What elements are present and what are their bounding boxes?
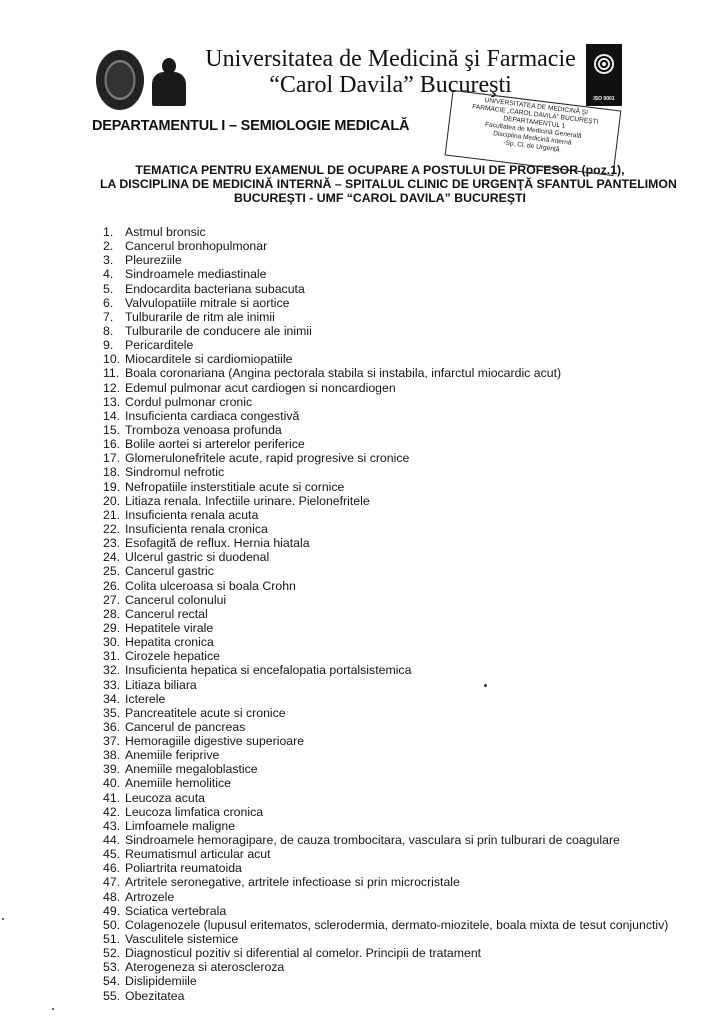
list-item-text: Sindroamele hemoragipare, de cauza tromb… [125, 833, 620, 847]
list-item-text: Cordul pulmonar cronic [125, 395, 252, 409]
list-item-text: Cirozele hepatice [125, 649, 220, 663]
title-line3: BUCUREŞTI - UMF “CAROL DAVILA” BUCUREŞTI [100, 191, 660, 205]
scan-speck [52, 1008, 54, 1010]
list-item-text: Bolile aortei si arterelor periferice [125, 437, 305, 451]
list-item-text: Aterogeneza si ateroscleroza [125, 960, 284, 974]
list-item-text: Artritele seronegative, artritele infect… [125, 875, 460, 889]
list-item: 35.Pancreatitele acute si cronice [103, 706, 668, 720]
list-item: 14.Insuficienta cardiaca congestivă [103, 409, 668, 423]
list-item-number: 22. [103, 522, 125, 536]
list-item: 31.Cirozele hepatice [103, 649, 668, 663]
list-item-text: Boala coronariana (Angina pectorala stab… [125, 366, 561, 380]
list-item-text: Sciatica vertebrala [125, 904, 226, 918]
carol-davila-portrait-logo [150, 58, 190, 106]
list-item-number: 31. [103, 649, 125, 663]
list-item-number: 52. [103, 946, 125, 960]
list-item-number: 21. [103, 508, 125, 522]
list-item-number: 48. [103, 890, 125, 904]
list-item: 1.Astmul bronsic [103, 225, 668, 239]
list-item: 6.Valvulopatiile mitrale si aortice [103, 296, 668, 310]
list-item: 39.Anemiile megaloblastice [103, 762, 668, 776]
list-item-number: 2. [103, 239, 125, 253]
title-line2: LA DISCIPLINA DE MEDICINĂ INTERNĂ – SPIT… [100, 177, 660, 191]
list-item: 23.Esofagită de reflux. Hernia hiatala [103, 536, 668, 550]
globe-icon [593, 54, 615, 74]
list-item: 46.Poliartrita reumatoida [103, 861, 668, 875]
list-item: 10.Miocarditele si cardiomiopatiile [103, 352, 668, 366]
list-item: 54.Dislipidemiile [103, 974, 668, 988]
list-item-number: 13. [103, 395, 125, 409]
list-item-text: Anemiile hemolitice [125, 776, 231, 790]
list-item-number: 23. [103, 536, 125, 550]
list-item-number: 50. [103, 918, 125, 932]
list-item-number: 25. [103, 564, 125, 578]
list-item-number: 11. [103, 366, 125, 380]
list-item-number: 5. [103, 282, 125, 296]
list-item-number: 47. [103, 875, 125, 889]
list-item: 37.Hemoragiile digestive superioare [103, 734, 668, 748]
list-item-text: Vasculitele sistemice [125, 932, 238, 946]
list-item: 55.Obezitatea [103, 989, 668, 1003]
list-item-text: Icterele [125, 692, 165, 706]
list-item: 13.Cordul pulmonar cronic [103, 395, 668, 409]
list-item: 26.Colita ulceroasa si boala Crohn [103, 579, 668, 593]
portrait-body [152, 72, 186, 106]
list-item-text: Tulburarile de conducere ale inimii [125, 324, 312, 338]
list-item-number: 39. [103, 762, 125, 776]
title-line1: TEMATICA PENTRU EXAMENUL DE OCUPARE A PO… [100, 163, 660, 177]
list-item: 33.Litiaza biliara [103, 678, 668, 692]
list-item-number: 53. [103, 960, 125, 974]
university-name-line1: Universitatea de Medicină şi Farmacie [198, 46, 583, 72]
list-item-number: 16. [103, 437, 125, 451]
list-item-number: 8. [103, 324, 125, 338]
list-item: 8.Tulburarile de conducere ale inimii [103, 324, 668, 338]
list-item-text: Poliartrita reumatoida [125, 861, 242, 875]
university-name-line2: “Carol Davila” Bucureşti [198, 72, 583, 98]
list-item-number: 51. [103, 932, 125, 946]
list-item: 36.Cancerul de pancreas [103, 720, 668, 734]
list-item: 38.Anemiile feriprive [103, 748, 668, 762]
list-item: 29.Hepatitele virale [103, 621, 668, 635]
list-item-text: Miocarditele si cardiomiopatiile [125, 352, 292, 366]
list-item-number: 9. [103, 338, 125, 352]
iso-label: ISO 9001 [588, 96, 620, 102]
list-item-number: 3. [103, 253, 125, 267]
list-item-number: 49. [103, 904, 125, 918]
list-item: 41.Leucoza acuta [103, 791, 668, 805]
list-item-text: Edemul pulmonar acut cardiogen si noncar… [125, 381, 396, 395]
list-item-text: Litiaza renala. Infectiile urinare. Piel… [125, 494, 370, 508]
list-item-number: 54. [103, 974, 125, 988]
list-item: 2.Cancerul bronhopulmonar [103, 239, 668, 253]
list-item-text: Pancreatitele acute si cronice [125, 706, 286, 720]
list-item: 44.Sindroamele hemoragipare, de cauza tr… [103, 833, 668, 847]
list-item: 4.Sindroamele mediastinale [103, 267, 668, 281]
list-item-text: Tulburarile de ritm ale inimii [125, 310, 275, 324]
list-item-text: Dislipidemiile [125, 974, 197, 988]
scan-speck [2, 918, 4, 920]
list-item: 16.Bolile aortei si arterelor periferice [103, 437, 668, 451]
list-item-text: Insuficienta renala acuta [125, 508, 258, 522]
list-item-number: 14. [103, 409, 125, 423]
list-item: 43.Limfoamele maligne [103, 819, 668, 833]
list-item: 34.Icterele [103, 692, 668, 706]
list-item-number: 35. [103, 706, 125, 720]
list-item: 52. Diagnosticul pozitiv si diferential … [103, 946, 668, 960]
list-item: 49.Sciatica vertebrala [103, 904, 668, 918]
list-item-number: 33. [103, 678, 125, 692]
list-item: 40.Anemiile hemolitice [103, 776, 668, 790]
list-item: 12.Edemul pulmonar acut cardiogen si non… [103, 381, 668, 395]
list-item-text: Hepatita cronica [125, 635, 214, 649]
list-item-text: Cancerul colonului [125, 593, 226, 607]
list-item-text: Diagnosticul pozitiv si diferential al c… [125, 946, 481, 960]
list-item-number: 15. [103, 423, 125, 437]
list-item-text: Pleureziile [125, 253, 182, 267]
list-item-text: Tromboza venoasa profunda [125, 423, 282, 437]
list-item-text: Sindroamele mediastinale [125, 267, 267, 281]
list-item-number: 4. [103, 267, 125, 281]
list-item-number: 34. [103, 692, 125, 706]
list-item-text: Anemiile megaloblastice [125, 762, 258, 776]
list-item-number: 37. [103, 734, 125, 748]
list-item-text: Insuficienta hepatica si encefalopatia p… [125, 663, 411, 677]
list-item-text: Cancerul gastric [125, 564, 214, 578]
list-item-text: Obezitatea [125, 989, 184, 1003]
list-item-number: 17. [103, 451, 125, 465]
list-item-text: Leucoza acuta [125, 791, 205, 805]
list-item-text: Cancerul rectal [125, 607, 208, 621]
list-item-text: Cancerul de pancreas [125, 720, 245, 734]
list-item-number: 29. [103, 621, 125, 635]
list-item-text: Endocardita bacteriana subacuta [125, 282, 305, 296]
list-item-text: Insuficienta renala cronica [125, 522, 268, 536]
list-item: 18.Sindromul nefrotic [103, 465, 668, 479]
topics-list: 1.Astmul bronsic2.Cancerul bronhopulmona… [103, 225, 668, 1003]
list-item: 30.Hepatita cronica [103, 635, 668, 649]
list-item: 42.Leucoza limfatica cronica [103, 805, 668, 819]
list-item-number: 20. [103, 494, 125, 508]
list-item-number: 28. [103, 607, 125, 621]
list-item-text: Nefropatiile insterstitiale acute si cor… [125, 480, 344, 494]
list-item: 21.Insuficienta renala acuta [103, 508, 668, 522]
list-item-number: 27. [103, 593, 125, 607]
list-item: 47.Artritele seronegative, artritele inf… [103, 875, 668, 889]
list-item-text: Artrozele [125, 890, 174, 904]
list-item-number: 6. [103, 296, 125, 310]
list-item-text: Reumatismul articular acut [125, 847, 271, 861]
scan-speck [484, 684, 487, 687]
list-item-number: 26. [103, 579, 125, 593]
list-item-number: 40. [103, 776, 125, 790]
list-item-text: Cancerul bronhopulmonar [125, 239, 267, 253]
university-seal-logo [96, 50, 144, 110]
list-item-number: 45. [103, 847, 125, 861]
list-item-number: 24. [103, 550, 125, 564]
list-item-text: Colagenozele (lupusul eritematos, sclero… [125, 918, 668, 932]
list-item-text: Hemoragiile digestive superioare [125, 734, 304, 748]
list-item: 27.Cancerul colonului [103, 593, 668, 607]
list-item-number: 42. [103, 805, 125, 819]
list-item: 3.Pleureziile [103, 253, 668, 267]
list-item-text: Sindromul nefrotic [125, 465, 224, 479]
list-item-text: Pericarditele [125, 338, 193, 352]
list-item-text: Astmul bronsic [125, 225, 206, 239]
list-item-number: 12. [103, 381, 125, 395]
list-item: 51.Vasculitele sistemice [103, 932, 668, 946]
list-item-number: 18. [103, 465, 125, 479]
list-item-number: 7. [103, 310, 125, 324]
list-item: 45.Reumatismul articular acut [103, 847, 668, 861]
list-item-text: Limfoamele maligne [125, 819, 235, 833]
list-item: 11.Boala coronariana (Angina pectorala s… [103, 366, 668, 380]
list-item: 19.Nefropatiile insterstitiale acute si … [103, 480, 668, 494]
list-item: 48.Artrozele [103, 890, 668, 904]
list-item: 15.Tromboza venoasa profunda [103, 423, 668, 437]
list-item: 32.Insuficienta hepatica si encefalopati… [103, 663, 668, 677]
list-item-text: Litiaza biliara [125, 678, 197, 692]
iso-certification-logo: ISO 9001 [586, 44, 622, 106]
list-item-text: Insuficienta cardiaca congestivă [125, 409, 299, 423]
list-item-text: Valvulopatiile mitrale si aortice [125, 296, 289, 310]
list-item-number: 55. [103, 989, 125, 1003]
list-item: 5.Endocardita bacteriana subacuta [103, 282, 668, 296]
university-name: Universitatea de Medicină şi Farmacie “C… [198, 46, 583, 98]
list-item-number: 44. [103, 833, 125, 847]
exam-topics-title: TEMATICA PENTRU EXAMENUL DE OCUPARE A PO… [100, 163, 660, 205]
list-item-text: Glomerulonefritele acute, rapid progresi… [125, 451, 409, 465]
list-item-text: Hepatitele virale [125, 621, 213, 635]
list-item: 17.Glomerulonefritele acute, rapid progr… [103, 451, 668, 465]
list-item: 28.Cancerul rectal [103, 607, 668, 621]
list-item-number: 10. [103, 352, 125, 366]
list-item-number: 19. [103, 480, 125, 494]
list-item-number: 46. [103, 861, 125, 875]
list-item-text: Anemiile feriprive [125, 748, 219, 762]
list-item-number: 41. [103, 791, 125, 805]
list-item-number: 30. [103, 635, 125, 649]
department-heading: DEPARTAMENTUL I – SEMIOLOGIE MEDICALĂ [92, 118, 409, 134]
list-item: 25.Cancerul gastric [103, 564, 668, 578]
list-item: 9.Pericarditele [103, 338, 668, 352]
list-item-text: Esofagită de reflux. Hernia hiatala [125, 536, 310, 550]
list-item-number: 1. [103, 225, 125, 239]
list-item-number: 36. [103, 720, 125, 734]
list-item-text: Leucoza limfatica cronica [125, 805, 263, 819]
list-item: 53.Aterogeneza si ateroscleroza [103, 960, 668, 974]
list-item: 7.Tulburarile de ritm ale inimii [103, 310, 668, 324]
list-item: 20.Litiaza renala. Infectiile urinare. P… [103, 494, 668, 508]
list-item-number: 32. [103, 663, 125, 677]
list-item: 24.Ulcerul gastric si duodenal [103, 550, 668, 564]
list-item-number: 38. [103, 748, 125, 762]
document-page: Universitatea de Medicină şi Farmacie “C… [0, 0, 725, 1024]
list-item: 50.Colagenozele (lupusul eritematos, scl… [103, 918, 668, 932]
list-item-text: Ulcerul gastric si duodenal [125, 550, 269, 564]
list-item-number: 43. [103, 819, 125, 833]
list-item: 22.Insuficienta renala cronica [103, 522, 668, 536]
list-item-text: Colita ulceroasa si boala Crohn [125, 579, 296, 593]
